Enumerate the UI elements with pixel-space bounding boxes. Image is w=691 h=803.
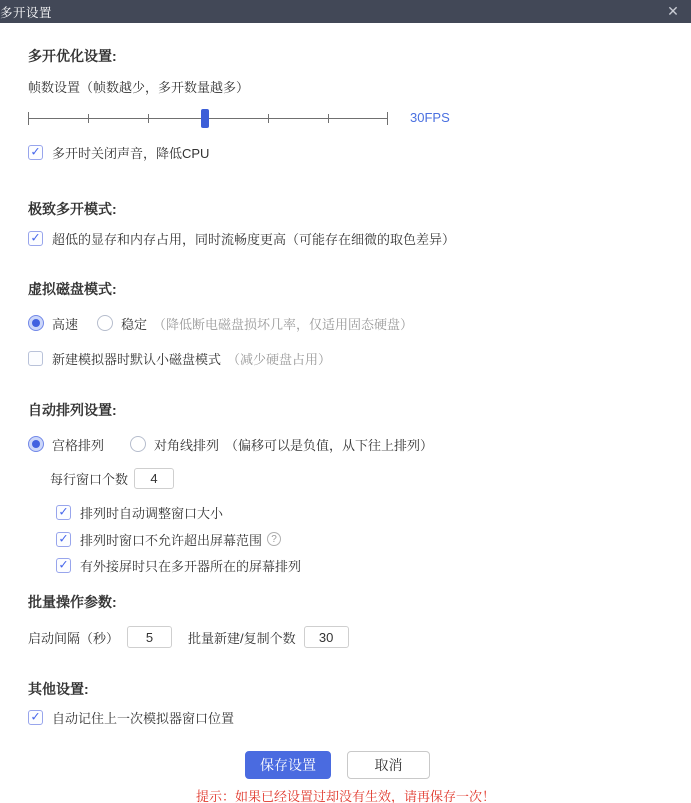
section-header-disk: 虚拟磁盘模式: [28, 279, 117, 299]
section-header-other: 其他设置: [28, 679, 89, 699]
disk-stable-radio[interactable] [97, 315, 113, 331]
check-icon: ✓ [58, 559, 68, 571]
cancel-button[interactable]: 取消 [347, 751, 430, 779]
close-button[interactable]: ✕ [661, 0, 685, 23]
section-header-arrange: 自动排列设置: [28, 400, 117, 420]
section-header-extreme: 极致多开模式: [28, 199, 117, 219]
remember-position-checkbox[interactable]: ✓ [28, 710, 43, 725]
radio-dot-icon [32, 319, 40, 327]
check-icon: ✓ [30, 146, 40, 158]
slider-tick [28, 112, 29, 125]
external-screen-checkbox[interactable]: ✓ [56, 558, 71, 573]
external-screen-checkbox-label: 有外接屏时只在多开器所在的屏幕排列 [80, 556, 301, 575]
fps-setting-label: 帧数设置（帧数越少，多开数量越多） [28, 77, 249, 96]
auto-resize-checkbox-label: 排列时自动调整窗口大小 [80, 503, 223, 522]
disk-stable-label: 稳定 [121, 314, 147, 333]
low-memory-checkbox-label: 超低的显存和内存占用，同时流畅度更高（可能存在细微的取色差异） [52, 229, 455, 248]
arrange-diagonal-label: 对角线排列 [154, 435, 219, 454]
arrange-diagonal-radio[interactable] [130, 436, 146, 452]
slider-tick [328, 114, 329, 123]
section-header-optimization: 多开优化设置: [28, 46, 117, 66]
check-icon: ✓ [58, 506, 68, 518]
slider-tick [88, 114, 89, 123]
radio-dot-icon [32, 440, 40, 448]
slider-tick [268, 114, 269, 123]
mute-checkbox[interactable]: ✓ [28, 145, 43, 160]
fps-slider[interactable] [28, 107, 388, 131]
check-icon: ✓ [58, 533, 68, 545]
save-button[interactable]: 保存设置 [245, 751, 331, 779]
check-icon: ✓ [30, 711, 40, 723]
auto-resize-checkbox[interactable]: ✓ [56, 505, 71, 520]
titlebar: 多开设置 ✕ [0, 0, 691, 23]
multi-instance-settings-dialog: 多开设置 ✕ 多开优化设置: 帧数设置（帧数越少，多开数量越多） 30FPS ✓… [0, 0, 691, 803]
small-disk-checkbox[interactable]: ✓ [28, 351, 43, 366]
mute-checkbox-label: 多开时关闭声音，降低CPU [52, 143, 209, 162]
remember-position-checkbox-label: 自动记住上一次模拟器窗口位置 [52, 708, 234, 727]
small-disk-note: （减少硬盘占用） [227, 349, 331, 368]
per-row-label: 每行窗口个数 [50, 469, 128, 488]
no-overflow-checkbox[interactable]: ✓ [56, 532, 71, 547]
slider-tick [148, 114, 149, 123]
launch-interval-label: 启动间隔（秒） [28, 628, 119, 647]
disk-stable-note: （降低断电磁盘损坏几率，仅适用固态硬盘） [153, 314, 413, 333]
no-overflow-checkbox-label: 排列时窗口不允许超出屏幕范围 [80, 530, 262, 549]
footer-tip: 提示：如果已经设置过却没有生效，请再保存一次！ [0, 786, 691, 803]
fps-value: 30FPS [410, 110, 450, 125]
close-icon: ✕ [667, 3, 679, 20]
disk-fast-label: 高速 [52, 314, 78, 333]
batch-count-label: 批量新建/复制个数 [188, 628, 296, 647]
slider-handle[interactable] [201, 109, 209, 128]
arrange-grid-label: 宫格排列 [52, 435, 104, 454]
disk-fast-radio[interactable] [28, 315, 44, 331]
launch-interval-input[interactable] [127, 626, 172, 648]
batch-count-input[interactable] [304, 626, 349, 648]
slider-tick [387, 112, 388, 125]
arrange-grid-radio[interactable] [28, 436, 44, 452]
section-header-batch: 批量操作参数: [28, 592, 117, 612]
arrange-diagonal-note: （偏移可以是负值，从下往上排列） [225, 435, 433, 454]
dialog-title: 多开设置 [0, 3, 52, 21]
low-memory-checkbox[interactable]: ✓ [28, 231, 43, 246]
help-icon[interactable]: ? [267, 532, 281, 546]
check-icon: ✓ [30, 232, 40, 244]
small-disk-checkbox-label: 新建模拟器时默认小磁盘模式 [52, 349, 221, 368]
per-row-input[interactable] [134, 468, 174, 489]
